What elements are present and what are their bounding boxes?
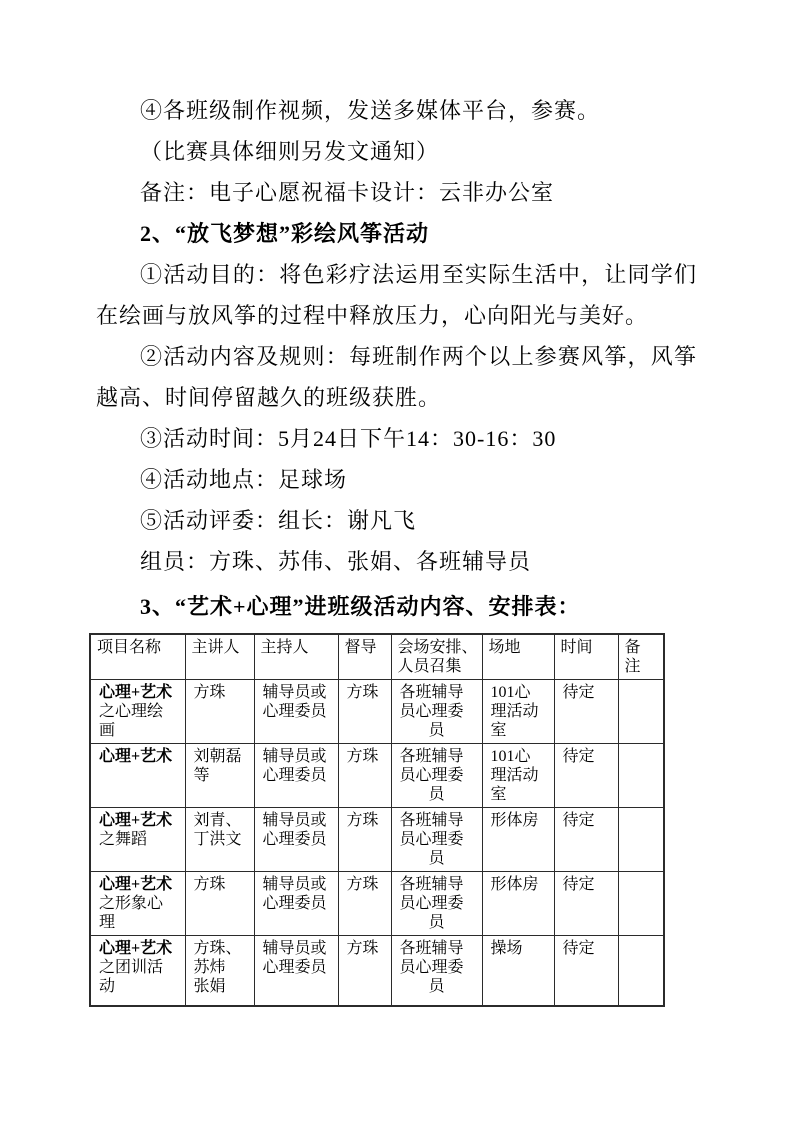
cell-speaker: 刘朝磊等 (185, 744, 254, 808)
col-header-speaker: 主讲人 (185, 634, 254, 680)
schedule-table: 项目名称 主讲人 主持人 督导 会场安排、 人员召集 场地 时间 备 注 心理+… (89, 633, 665, 1007)
cell-project: 心理+艺术 (90, 744, 185, 808)
cell-venue: 101心理活动室 (482, 680, 554, 744)
col-header-remark: 备 注 (618, 634, 664, 680)
cell-speaker: 方珠 (185, 872, 254, 936)
cell-project: 心理+艺术之团训活动 (90, 936, 185, 1006)
table-row: 心理+艺术之形象心理 方珠 辅导员或心理委员 方珠 各班辅导员心理委员 形体房 … (90, 872, 664, 936)
table-row: 心理+艺术之心理绘画 方珠 辅导员或心理委员 方珠 各班辅导员心理委员 101心… (90, 680, 664, 744)
project-title-bold: 心理+艺术 (99, 876, 172, 893)
cell-time: 待定 (554, 872, 618, 936)
cell-arrangement: 各班辅导员心理委员 (391, 936, 482, 1006)
table-row: 心理+艺术之团训活动 方珠、 苏炜 张娟 辅导员或心理委员 方珠 各班辅导员心理… (90, 936, 664, 1006)
project-title-rest: 之形象心理 (99, 895, 163, 931)
col-header-supervisor: 督导 (338, 634, 391, 680)
col-header-project: 项目名称 (90, 634, 185, 680)
table-row: 心理+艺术之舞蹈 刘青、丁洪文 辅导员或心理委员 方珠 各班辅导员心理委员 形体… (90, 808, 664, 872)
paragraph-activity-place: ④活动地点：足球场 (96, 459, 697, 500)
cell-supervisor: 方珠 (338, 680, 391, 744)
cell-time: 待定 (554, 936, 618, 1006)
col-header-venue: 场地 (482, 634, 554, 680)
cell-venue: 101心理活动室 (482, 744, 554, 808)
cell-supervisor: 方珠 (338, 936, 391, 1006)
cell-project: 心理+艺术之形象心理 (90, 872, 185, 936)
cell-arrangement: 各班辅导员心理委员 (391, 744, 482, 808)
project-title-bold: 心理+艺术 (99, 748, 172, 765)
paragraph-contest-notice: （比赛具体细则另发文通知） (96, 131, 697, 172)
table-header-row: 项目名称 主讲人 主持人 督导 会场安排、 人员召集 场地 时间 备 注 (90, 634, 664, 680)
cell-arrangement: 各班辅导员心理委员 (391, 872, 482, 936)
cell-host: 辅导员或心理委员 (254, 808, 338, 872)
cell-host: 辅导员或心理委员 (254, 936, 338, 1006)
cell-remark (618, 808, 664, 872)
project-title-bold: 心理+艺术 (99, 940, 172, 957)
cell-host: 辅导员或心理委员 (254, 744, 338, 808)
paragraph-judge-members: 组员：方珠、苏伟、张娟、各班辅导员 (96, 541, 697, 582)
cell-supervisor: 方珠 (338, 744, 391, 808)
document-page: ④各班级制作视频，发送多媒体平台，参赛。 （比赛具体细则另发文通知） 备注：电子… (0, 0, 793, 1122)
cell-venue: 形体房 (482, 872, 554, 936)
cell-host: 辅导员或心理委员 (254, 872, 338, 936)
cell-arrangement: 各班辅导员心理委员 (391, 680, 482, 744)
cell-supervisor: 方珠 (338, 808, 391, 872)
project-title-bold: 心理+艺术 (99, 812, 172, 829)
col-header-arrangement: 会场安排、 人员召集 (391, 634, 482, 680)
cell-remark (618, 680, 664, 744)
paragraph-remark-card-design: 备注：电子心愿祝福卡设计：云非办公室 (96, 172, 697, 213)
cell-time: 待定 (554, 680, 618, 744)
project-title-rest: 之舞蹈 (99, 831, 147, 848)
paragraph-activity-rules: ②活动内容及规则：每班制作两个以上参赛风筝，风筝越高、时间停留越久的班级获胜。 (96, 336, 697, 418)
section-heading-kite-activity: 2、“放飞梦想”彩绘风筝活动 (96, 213, 697, 254)
cell-speaker: 方珠、 苏炜 张娟 (185, 936, 254, 1006)
paragraph-activity-purpose: ①活动目的：将色彩疗法运用至实际生活中，让同学们在绘画与放风筝的过程中释放压力，… (96, 254, 697, 336)
project-title-rest: 之心理绘画 (99, 703, 163, 739)
cell-host: 辅导员或心理委员 (254, 680, 338, 744)
paragraph-video-contest: ④各班级制作视频，发送多媒体平台，参赛。 (96, 90, 697, 131)
project-title-bold: 心理+艺术 (99, 684, 172, 701)
cell-project: 心理+艺术之舞蹈 (90, 808, 185, 872)
cell-speaker: 刘青、丁洪文 (185, 808, 254, 872)
col-header-time: 时间 (554, 634, 618, 680)
cell-venue: 操场 (482, 936, 554, 1006)
cell-arrangement: 各班辅导员心理委员 (391, 808, 482, 872)
cell-supervisor: 方珠 (338, 872, 391, 936)
section-heading-schedule-table: 3、“艺术+心理”进班级活动内容、安排表： (96, 586, 697, 627)
cell-time: 待定 (554, 808, 618, 872)
col-header-host: 主持人 (254, 634, 338, 680)
cell-speaker: 方珠 (185, 680, 254, 744)
paragraph-activity-judges: ⑤活动评委：组长：谢凡飞 (96, 500, 697, 541)
cell-remark (618, 872, 664, 936)
cell-project: 心理+艺术之心理绘画 (90, 680, 185, 744)
paragraph-activity-time: ③活动时间：5月24日下午14：30-16：30 (96, 418, 697, 459)
cell-remark (618, 936, 664, 1006)
cell-venue: 形体房 (482, 808, 554, 872)
table-row: 心理+艺术 刘朝磊等 辅导员或心理委员 方珠 各班辅导员心理委员 101心理活动… (90, 744, 664, 808)
cell-time: 待定 (554, 744, 618, 808)
cell-remark (618, 744, 664, 808)
project-title-rest: 之团训活动 (99, 959, 163, 995)
